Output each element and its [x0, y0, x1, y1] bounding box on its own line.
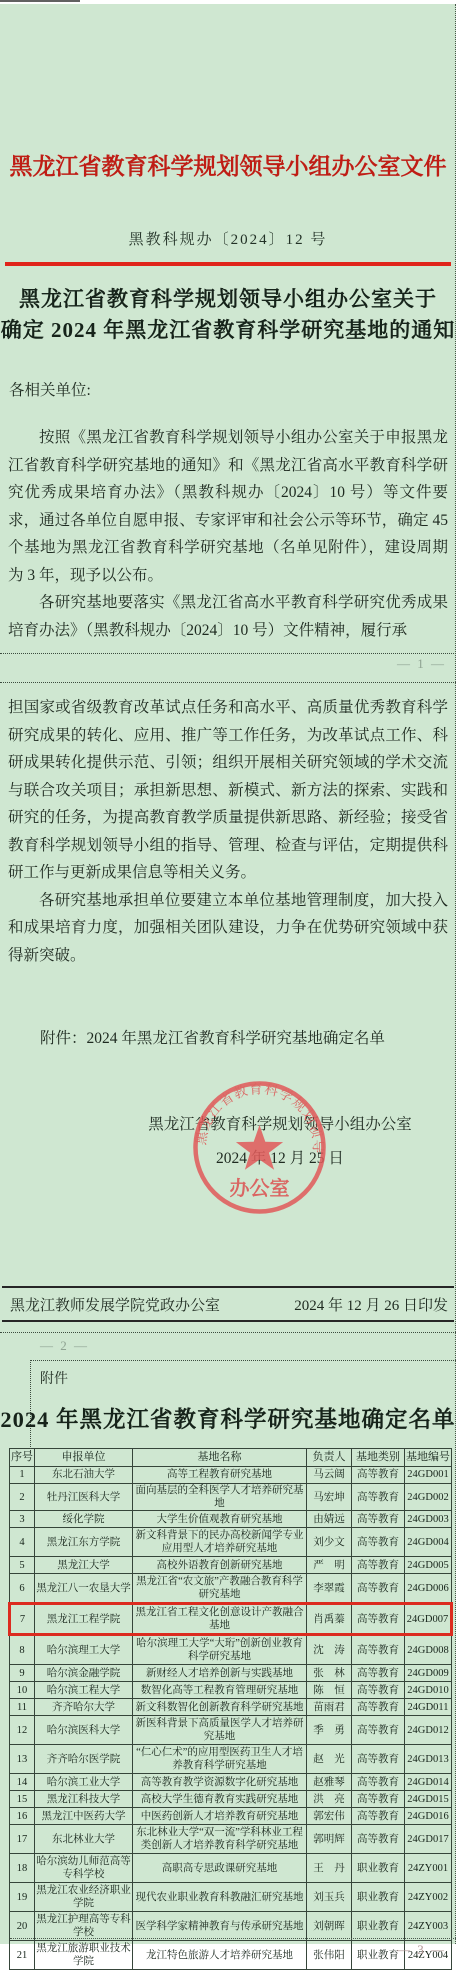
cell-org: 牡丹江医科大学 — [35, 1484, 133, 1511]
base-table-body: 1 东北石油大学 高等工程教育研究基地 马云阔 高等教育 24GD001 2 牡… — [10, 1467, 452, 1970]
cell-code: 24GD006 — [405, 1574, 452, 1604]
cell-serial: 18 — [10, 1854, 35, 1883]
cell-leader: 刘朝晖 — [307, 1912, 352, 1941]
notice-title-line1: 黑龙江省教育科学规划领导小组办公室关于 — [0, 284, 456, 315]
stamp-star-icon — [236, 1125, 283, 1170]
table-row: 3 绥化学院 大学生价值观教育研究基地 由婧远 高等教育 24GD003 — [10, 1511, 452, 1528]
cell-category: 高等教育 — [352, 1716, 405, 1745]
cell-leader: 郭明辉 — [307, 1825, 352, 1854]
cell-org: 齐齐哈尔大学 — [35, 1699, 133, 1716]
document-number: 黑教科规办〔2024〕12 号 — [0, 228, 456, 249]
cell-name: 数智化高等工程教育管理研究基地 — [133, 1682, 307, 1699]
paragraph: 担国家或省级教育改革试点任务和高水平、高质量优秀教育科学研究成果的转化、应用、推… — [8, 694, 448, 887]
cell-code: 24ZY002 — [405, 1883, 452, 1912]
cell-org: 绥化学院 — [35, 1511, 133, 1528]
table-row: 4 黑龙江东方学院 新文科背景下的民办高校新闻学专业应用型人才培养研究基地 刘少… — [10, 1528, 452, 1557]
cell-leader: 季 勇 — [307, 1716, 352, 1745]
header-code: 基地编号 — [405, 1449, 452, 1467]
cell-leader: 郭宏伟 — [307, 1808, 352, 1825]
cell-category: 高等教育 — [352, 1467, 405, 1484]
cell-serial: 14 — [10, 1774, 35, 1791]
cell-serial: 15 — [10, 1791, 35, 1808]
cell-name: 现代农业职业教育科教融汇研究基地 — [133, 1883, 307, 1912]
cell-leader: 李翠霞 — [307, 1574, 352, 1604]
cell-org: 齐齐哈尔医学院 — [35, 1745, 133, 1774]
table-row: 12 哈尔滨医科大学 新医科背景下高质量医学人才培养研究基地 季 勇 高等教育 … — [10, 1716, 452, 1745]
cell-name: 新医科背景下高质量医学人才培养研究基地 — [133, 1716, 307, 1745]
table-row: 9 哈尔滨金融学院 新财经人才培养创新与实践基地 张 林 高等教育 24GD00… — [10, 1665, 452, 1682]
table-row: 6 黑龙江八一农垦大学 黑龙江省“农文旅”产教融合教育科学研究基地 李翠霞 高等… — [10, 1574, 452, 1604]
cell-name: 哈尔滨理工大学“大珩”创新创业教育科学研究基地 — [133, 1635, 307, 1665]
cell-name: 新文科数智化创新教育科学研究基地 — [133, 1699, 307, 1716]
cell-serial: 21 — [10, 1941, 35, 1970]
header-name: 基地名称 — [133, 1449, 307, 1467]
cell-leader: 刘玉兵 — [307, 1883, 352, 1912]
cell-serial: 16 — [10, 1808, 35, 1825]
cell-serial: 13 — [10, 1745, 35, 1774]
cell-org: 黑龙江东方学院 — [35, 1528, 133, 1557]
cell-code: 24GD004 — [405, 1528, 452, 1557]
attachment-title: 2024 年黑龙江省教育科学研究基地确定名单 — [0, 1402, 456, 1434]
cell-leader: 张伟阳 — [307, 1941, 352, 1970]
page-break-dotline — [0, 682, 456, 683]
header-serial: 序号 — [10, 1449, 35, 1467]
cell-serial: 17 — [10, 1825, 35, 1854]
cell-name: 东北林业大学“双一流”学科林业工程类创新人才培养教育科学研究基地 — [133, 1825, 307, 1854]
cell-leader: 张 林 — [307, 1665, 352, 1682]
page-break-dotline — [0, 653, 456, 654]
cell-org: 黑龙江八一农垦大学 — [35, 1574, 133, 1604]
paragraph: 各研究基地要落实《黑龙江省高水平教育科学研究优秀成果培育办法》（黑教科规办〔20… — [8, 589, 448, 644]
paragraph: 各研究基地承担单位要建立本单位基地管理制度，加大投入和成果培育力度，加强相关团队… — [8, 887, 448, 970]
cell-name: 新文科背景下的民办高校新闻学专业应用型人才培养研究基地 — [133, 1528, 307, 1557]
attachment-label: 附件 — [40, 1368, 68, 1388]
cell-serial: 3 — [10, 1511, 35, 1528]
cell-org: 东北石油大学 — [35, 1467, 133, 1484]
cell-category: 高等教育 — [352, 1511, 405, 1528]
footer-rule-top — [2, 1286, 454, 1288]
cell-leader: 肖禹蓁 — [307, 1604, 352, 1635]
cell-org: 黑龙江农业经济职业学院 — [35, 1883, 133, 1912]
cell-org: 黑龙江旅游职业技术学院 — [35, 1941, 133, 1970]
cell-name: 高校外语教育创新研究基地 — [133, 1557, 307, 1574]
table-row: 14 哈尔滨工业大学 高等教育教学资源数字化研究基地 赵雅琴 高等教育 24GD… — [10, 1774, 452, 1791]
attachment-reference-line: 附件：2024 年黑龙江省教育科学研究基地确定名单 — [9, 1026, 449, 1048]
cell-category: 高等教育 — [352, 1557, 405, 1574]
cell-org: 哈尔滨工程大学 — [35, 1682, 133, 1699]
official-stamp: 黑龙江省教育科学规划领导小组 办公室 — [191, 1079, 328, 1216]
cell-serial: 8 — [10, 1635, 35, 1665]
table-row: 17 东北林业大学 东北林业大学“双一流”学科林业工程类创新人才培养教育科学研究… — [10, 1825, 452, 1854]
cell-leader: 由婧远 — [307, 1511, 352, 1528]
cell-leader: 洪 亮 — [307, 1791, 352, 1808]
paragraph: 按照《黑龙江省教育科学规划领导小组办公室关于申报黑龙江省教育科学研究基地的通知》… — [8, 424, 448, 589]
table-row: 7 黑龙江工程学院 黑龙江省工程文化创意设计产教融合基地 肖禹蓁 高等教育 24… — [10, 1604, 452, 1635]
cell-code: 24GD001 — [405, 1467, 452, 1484]
cell-category: 高等教育 — [352, 1774, 405, 1791]
cell-code: 24GD009 — [405, 1665, 452, 1682]
cell-leader: 陈 恒 — [307, 1682, 352, 1699]
page-number-1: — 1 — — [376, 656, 446, 672]
table-row: 13 齐齐哈尔医学院 “仁心仁术”的应用型医药卫生人才培养教育科学研究基地 赵 … — [10, 1745, 452, 1774]
cell-name: 高等工程教育研究基地 — [133, 1467, 307, 1484]
cell-code: 24ZY003 — [405, 1912, 452, 1941]
cell-name: “仁心仁术”的应用型医药卫生人才培养教育科学研究基地 — [133, 1745, 307, 1774]
page-number-2: — 2 — — [40, 1338, 89, 1354]
table-row: 16 黑龙江中医药大学 中医药创新人才培养教育研究基地 郭宏伟 高等教育 24G… — [10, 1808, 452, 1825]
header-category: 基地类别 — [352, 1449, 405, 1467]
cell-code: 24GD014 — [405, 1774, 452, 1791]
cell-code: 24GD002 — [405, 1484, 452, 1511]
stamp-center-label: 办公室 — [230, 1176, 290, 1200]
cell-org: 哈尔滨幼儿师范高等专科学校 — [35, 1854, 133, 1883]
cell-org: 黑龙江工程学院 — [35, 1604, 133, 1635]
table-row: 19 黑龙江农业经济职业学院 现代农业职业教育科教融汇研究基地 刘玉兵 职业教育… — [10, 1883, 452, 1912]
document-header-title: 黑龙江省教育科学规划领导小组办公室文件 — [0, 148, 456, 181]
table-row: 2 牡丹江医科大学 面向基层的全科医学人才培养研究基地 马宏坤 高等教育 24G… — [10, 1484, 452, 1511]
cell-category: 高等教育 — [352, 1574, 405, 1604]
cell-leader: 赵雅琴 — [307, 1774, 352, 1791]
header-leader: 负责人 — [307, 1449, 352, 1467]
cell-serial: 11 — [10, 1699, 35, 1716]
table-row: 8 哈尔滨理工大学 哈尔滨理工大学“大珩”创新创业教育科学研究基地 沈 涛 高等… — [10, 1635, 452, 1665]
cell-name: 黑龙江省工程文化创意设计产教融合基地 — [133, 1604, 307, 1635]
cell-name: 高等教育教学资源数字化研究基地 — [133, 1774, 307, 1791]
red-separator-line — [5, 262, 451, 266]
cell-category: 高等教育 — [352, 1699, 405, 1716]
table-row: 11 齐齐哈尔大学 新文科数智化创新教育科学研究基地 苗雨君 高等教育 24GD… — [10, 1699, 452, 1716]
cell-serial: 6 — [10, 1574, 35, 1604]
cell-name: 龙江特色旅游人才培养研究基地 — [133, 1941, 307, 1970]
cell-serial: 10 — [10, 1682, 35, 1699]
cell-org: 东北林业大学 — [35, 1825, 133, 1854]
cell-org: 哈尔滨理工大学 — [35, 1635, 133, 1665]
scanned-document: 黑龙江省教育科学规划领导小组办公室文件 黑教科规办〔2024〕12 号 黑龙江省… — [0, 0, 463, 1971]
cell-serial: 1 — [10, 1467, 35, 1484]
cell-code: 24GD017 — [405, 1825, 452, 1854]
colophon: 黑龙江教师发展学院党政办公室 2024 年 12 月 26 日印发 — [10, 1294, 448, 1315]
cell-org: 黑龙江中医药大学 — [35, 1808, 133, 1825]
cell-code: 24GD011 — [405, 1699, 452, 1716]
cell-leader: 沈 涛 — [307, 1635, 352, 1665]
cell-org: 黑龙江大学 — [35, 1557, 133, 1574]
cell-code: 24GD010 — [405, 1682, 452, 1699]
table-row: 20 黑龙江护理高等专科学校 医学科学家精神教育与传承研究基地 刘朝晖 职业教育… — [10, 1912, 452, 1941]
cell-org: 哈尔滨医科大学 — [35, 1716, 133, 1745]
cell-serial: 12 — [10, 1716, 35, 1745]
cell-category: 高等教育 — [352, 1528, 405, 1557]
cell-code: 24GD012 — [405, 1716, 452, 1745]
cell-name: 医学科学家精神教育与传承研究基地 — [133, 1912, 307, 1941]
cell-leader: 苗雨君 — [307, 1699, 352, 1716]
page2-body: 担国家或省级教育改革试点任务和高水平、高质量优秀教育科学研究成果的转化、应用、推… — [8, 694, 448, 969]
cell-category: 高等教育 — [352, 1808, 405, 1825]
page-number-3: — 3 — — [376, 1942, 446, 1958]
notice-title-line2: 确定 2024 年黑龙江省教育科学研究基地的通知 — [0, 315, 456, 346]
cell-code: 24GD005 — [405, 1557, 452, 1574]
cell-leader: 刘少文 — [307, 1528, 352, 1557]
cell-leader: 严 明 — [307, 1557, 352, 1574]
cell-org: 黑龙江护理高等专科学校 — [35, 1912, 133, 1941]
cell-leader: 王 丹 — [307, 1854, 352, 1883]
cell-name: 高校大学生德育教育实践研究基地 — [133, 1791, 307, 1808]
cell-serial: 20 — [10, 1912, 35, 1941]
cell-code: 24GD016 — [405, 1808, 452, 1825]
notice-title: 黑龙江省教育科学规划领导小组办公室关于 确定 2024 年黑龙江省教育科学研究基… — [0, 284, 456, 346]
cell-org: 黑龙江科技大学 — [35, 1791, 133, 1808]
cell-name: 中医药创新人才培养教育研究基地 — [133, 1808, 307, 1825]
cell-category: 职业教育 — [352, 1912, 405, 1941]
cell-category: 高等教育 — [352, 1791, 405, 1808]
cell-serial: 19 — [10, 1883, 35, 1912]
cell-org: 哈尔滨工业大学 — [35, 1774, 133, 1791]
table-row: 18 哈尔滨幼儿师范高等专科学校 高职高专思政课研究基地 王 丹 职业教育 24… — [10, 1854, 452, 1883]
salutation: 各相关单位: — [9, 378, 91, 400]
cell-code: 24GD015 — [405, 1791, 452, 1808]
cell-code: 24GD003 — [405, 1511, 452, 1528]
cell-category: 高等教育 — [352, 1604, 405, 1635]
cell-name: 高职高专思政课研究基地 — [133, 1854, 307, 1883]
table-row: 1 东北石油大学 高等工程教育研究基地 马云阔 高等教育 24GD001 — [10, 1467, 452, 1484]
cell-name: 大学生价值观教育研究基地 — [133, 1511, 307, 1528]
header-org: 申报单位 — [35, 1449, 133, 1467]
cell-category: 高等教育 — [352, 1682, 405, 1699]
page1-body: 按照《黑龙江省教育科学规划领导小组办公室关于申报黑龙江省教育科学研究基地的通知》… — [8, 424, 448, 644]
page-break-dotline — [0, 1332, 456, 1333]
cell-category: 职业教育 — [352, 1883, 405, 1912]
cell-leader: 马宏坤 — [307, 1484, 352, 1511]
cell-category: 职业教育 — [352, 1854, 405, 1883]
cell-leader: 赵 光 — [307, 1745, 352, 1774]
printing-office: 黑龙江教师发展学院党政办公室 — [10, 1294, 220, 1315]
cell-code: 24GD013 — [405, 1745, 452, 1774]
cell-category: 高等教育 — [352, 1484, 405, 1511]
cell-category: 高等教育 — [352, 1665, 405, 1682]
research-base-table: 序号 申报单位 基地名称 负责人 基地类别 基地编号 1 东北石油大学 高等工程… — [8, 1448, 453, 1970]
cell-code: 24GD007 — [405, 1604, 452, 1635]
cell-name: 面向基层的全科医学人才培养研究基地 — [133, 1484, 307, 1511]
cell-category: 高等教育 — [352, 1825, 405, 1854]
cell-name: 新财经人才培养创新与实践基地 — [133, 1665, 307, 1682]
page-break-dotline — [10, 1938, 456, 1939]
cell-category: 高等教育 — [352, 1745, 405, 1774]
table-row: 5 黑龙江大学 高校外语教育创新研究基地 严 明 高等教育 24GD005 — [10, 1557, 452, 1574]
cell-serial: 2 — [10, 1484, 35, 1511]
cell-serial: 9 — [10, 1665, 35, 1682]
footer-rule-bottom — [2, 1320, 454, 1322]
cell-code: 24ZY001 — [405, 1854, 452, 1883]
cell-category: 高等教育 — [352, 1635, 405, 1665]
printing-date: 2024 年 12 月 26 日印发 — [294, 1294, 448, 1315]
cell-leader: 马云阔 — [307, 1467, 352, 1484]
cell-serial: 7 — [10, 1604, 35, 1635]
cell-code: 24GD008 — [405, 1635, 452, 1665]
cell-org: 哈尔滨金融学院 — [35, 1665, 133, 1682]
table-row: 15 黑龙江科技大学 高校大学生德育教育实践研究基地 洪 亮 高等教育 24GD… — [10, 1791, 452, 1808]
table-header-row: 序号 申报单位 基地名称 负责人 基地类别 基地编号 — [10, 1449, 452, 1467]
table-row: 10 哈尔滨工程大学 数智化高等工程教育管理研究基地 陈 恒 高等教育 24GD… — [10, 1682, 452, 1699]
scan-edge-mark — [0, 0, 80, 2]
cell-serial: 5 — [10, 1557, 35, 1574]
cell-name: 黑龙江省“农文旅”产教融合教育科学研究基地 — [133, 1574, 307, 1604]
cell-serial: 4 — [10, 1528, 35, 1557]
